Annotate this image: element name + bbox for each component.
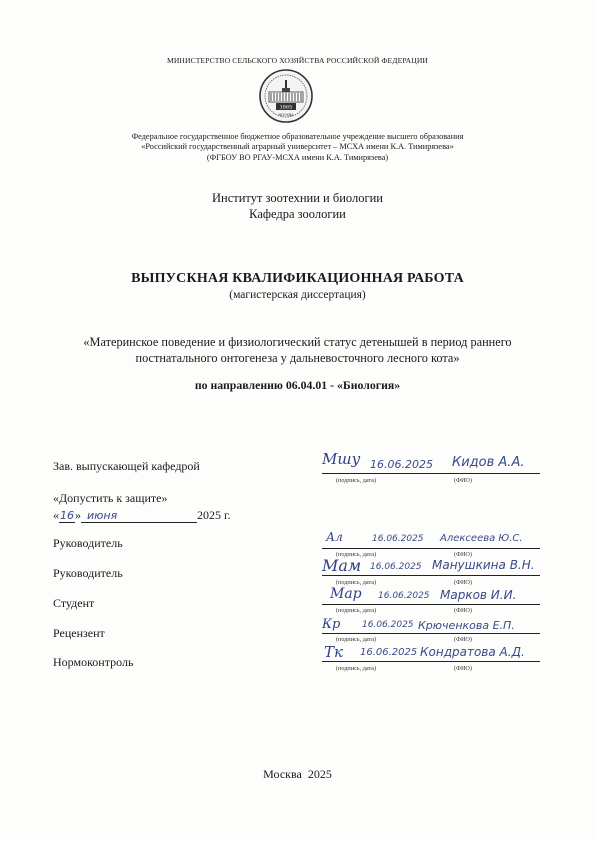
signature-date: 16.06.2025: [378, 591, 430, 601]
caption-name: (ФИО): [454, 636, 472, 643]
institution-line: Федеральное государственное бюджетное об…: [0, 132, 595, 143]
city-year: Москва 2025: [0, 767, 595, 782]
signature-line: [322, 633, 540, 634]
study-direction: по направлению 06.04.01 - «Биология»: [0, 378, 595, 393]
caption-name: (ФИО): [454, 551, 472, 558]
university-seal-icon: 1865 МОСКВА: [258, 68, 314, 124]
approval-month: июня: [81, 509, 197, 523]
caption-signature-date: (подпись, дата): [336, 665, 376, 672]
caption-name: (ФИО): [454, 665, 472, 672]
role-label: Студент: [53, 596, 94, 611]
signatory-name: Марков И.И.: [440, 588, 516, 602]
signatory-name: Кондратова А.Д.: [420, 645, 525, 659]
institute-block: Институт зоотехнии и биологии Кафедра зо…: [0, 190, 595, 222]
signature: Тк: [324, 643, 343, 661]
signature-date: 16.06.2025: [372, 534, 424, 544]
ministry-heading: МИНИСТЕРСТВО СЕЛЬСКОГО ХОЗЯЙСТВА РОССИЙС…: [0, 56, 595, 65]
caption-signature-date: (подпись, дата): [336, 607, 376, 614]
signature: Мшу: [322, 450, 360, 468]
approval-day: 16: [59, 509, 75, 523]
svg-text:МОСКВА: МОСКВА: [278, 113, 294, 117]
role-label: Рецензент: [53, 626, 105, 641]
role-label: Руководитель: [53, 566, 123, 581]
signature-line: [322, 575, 540, 576]
department-name: Кафедра зоологии: [0, 206, 595, 222]
topic-line: постнатального онтогенеза у дальневосточ…: [0, 350, 595, 366]
signature-date: 16.06.2025: [360, 647, 417, 658]
signature-date: 16.06.2025: [370, 458, 433, 471]
signature-date: 16.06.2025: [370, 562, 422, 572]
role-label: Нормоконтроль: [53, 655, 133, 670]
signatory-name: Крюченкова Е.П.: [418, 619, 515, 632]
caption-name: (ФИО): [454, 477, 472, 484]
role-label: Зав. выпускающей кафедрой: [53, 459, 200, 474]
signatory-name: Манушкина В.Н.: [432, 558, 535, 572]
caption-signature-date: (подпись, дата): [336, 636, 376, 643]
caption-signature-date: (подпись, дата): [336, 477, 376, 484]
approval-label: «Допустить к защите»: [53, 491, 167, 506]
signature: Ал: [326, 530, 343, 544]
institute-name: Институт зоотехнии и биологии: [0, 190, 595, 206]
topic-line: «Материнское поведение и физиологический…: [0, 334, 595, 350]
signature-date: 16.06.2025: [362, 620, 414, 630]
signature: Мам: [322, 556, 361, 575]
signature-line: [322, 548, 540, 549]
document-subtitle: (магистерская диссертация): [0, 289, 595, 301]
caption-signature-date: (подпись, дата): [336, 579, 376, 586]
document-title: ВЫПУСКНАЯ КВАЛИФИКАЦИОННАЯ РАБОТА: [0, 271, 595, 287]
svg-text:1865: 1865: [280, 105, 293, 111]
caption-name: (ФИО): [454, 607, 472, 614]
thesis-topic: «Материнское поведение и физиологический…: [0, 334, 595, 366]
signature-line: [322, 604, 540, 605]
caption-name: (ФИО): [454, 579, 472, 586]
signature: Мар: [330, 586, 362, 602]
institution-line: (ФГБОУ ВО РГАУ-МСХА имени К.А. Тимирязев…: [0, 153, 595, 164]
institution-line: «Российский государственный аграрный уни…: [0, 142, 595, 153]
signatory-name: Алексеева Ю.С.: [440, 533, 523, 544]
role-label: Руководитель: [53, 536, 123, 551]
signature: Кр: [322, 617, 340, 632]
signature-line: [322, 661, 540, 662]
signatory-name: Кидов А.А.: [452, 455, 524, 470]
signature-line: [322, 473, 540, 474]
approval-date: «16»июня2025 г.: [53, 508, 231, 523]
